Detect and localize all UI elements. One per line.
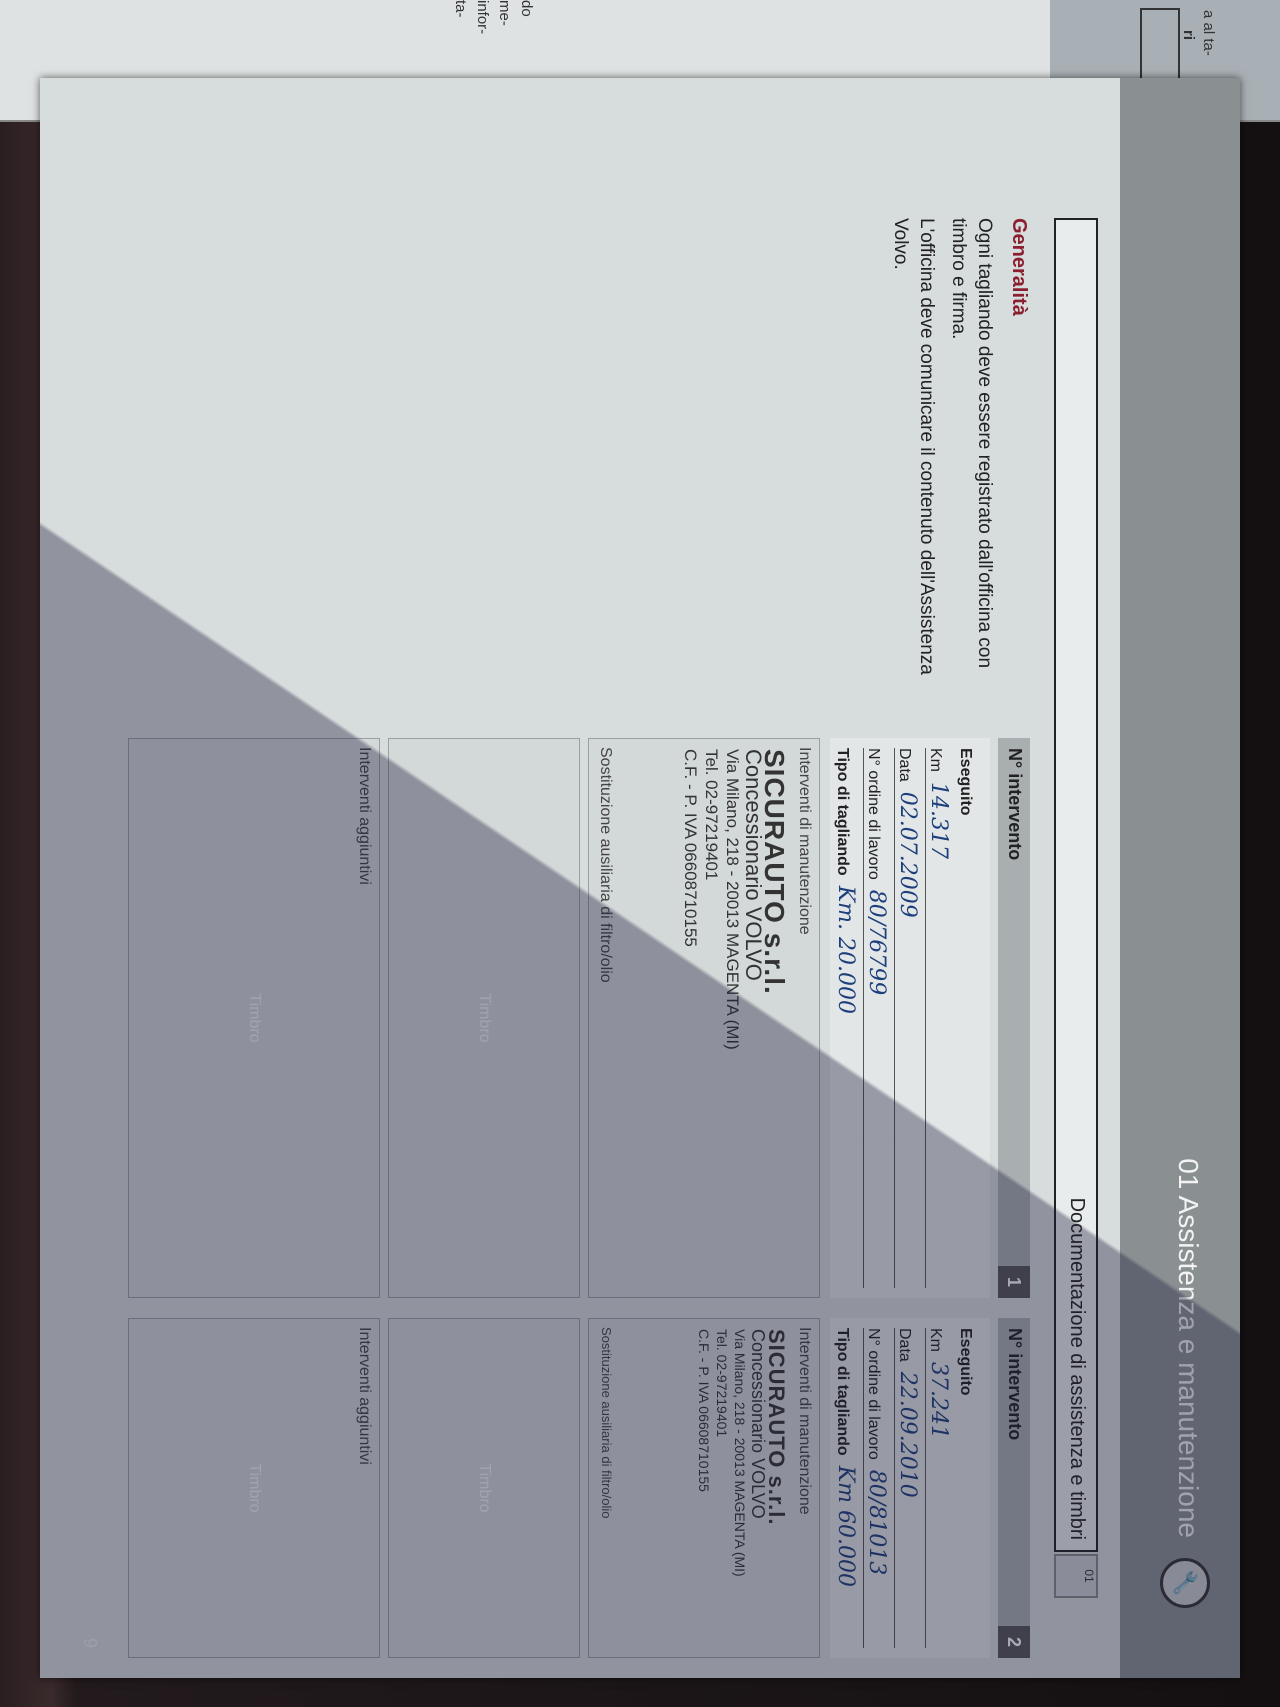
aux-label: Sostituzione ausiliaria di filtro/olio	[596, 747, 614, 983]
page-content: 01 Assistenza e manutenzione 🔧 Documenta…	[40, 78, 1240, 1678]
intervention-number: 2	[998, 1626, 1030, 1658]
type-row[interactable]: Tipo di tagliandoKm 60.000	[833, 1328, 861, 1648]
dealer-address: Via Milano, 218 - 20013 MAGENTA (MI)	[731, 1329, 749, 1577]
order-label: N° ordine di lavoro	[864, 748, 882, 880]
prev-fragment: infor-	[474, 0, 491, 34]
intervention-fields: Eseguito Km14.317 Data02.07.2009 N° ordi…	[830, 738, 990, 1298]
stamp-box: Timbro	[388, 738, 580, 1298]
order-row[interactable]: N° ordine di lavoro80/76799	[863, 748, 892, 1288]
chapter-header: 01 Assistenza e manutenzione 🔧	[1120, 78, 1240, 1678]
section-header: Documentazione di assistenza e timbri	[1054, 218, 1098, 1552]
dealer-stamp: SICURAUTO s.r.l. Concessionario VOLVO Vi…	[695, 1329, 785, 1577]
type-value: Km 60.000	[833, 1466, 858, 1587]
dealer-phone: Tel. 02-97219401	[713, 1329, 731, 1577]
stamp-label: Timbro	[475, 993, 493, 1042]
km-value: 14.317	[926, 782, 951, 859]
km-row[interactable]: Km14.317	[925, 748, 954, 1288]
type-row[interactable]: Tipo di tagliandoKm. 20.000	[833, 748, 861, 1288]
chapter-title: 01 Assistenza e manutenzione	[1172, 1158, 1204, 1538]
extra-stamp-label: Timbro	[245, 993, 263, 1042]
extra-label: Interventi aggiuntivi	[355, 747, 373, 885]
done-label: Eseguito	[956, 748, 974, 816]
page-number: 9	[79, 1638, 100, 1648]
dealer-phone: Tel. 02-97219401	[701, 749, 722, 1050]
aux-label: Sostituzione ausiliaria di filtro/olio	[599, 1327, 614, 1518]
dealer-line2: Concessionario VOLVO	[749, 1329, 767, 1577]
extra-label: Interventi aggiuntivi	[355, 1327, 373, 1465]
maintenance-label: Interventi di manutenzione	[795, 1327, 813, 1515]
date-label: Data	[895, 1328, 913, 1362]
maintenance-label: Interventi di manutenzione	[795, 747, 813, 935]
maintenance-box: Interventi di manutenzione SICURAUTO s.r…	[588, 1318, 820, 1658]
extra-box: Interventi aggiuntivi Timbro	[128, 1318, 380, 1658]
done-row: Eseguito	[956, 1328, 984, 1648]
intro-paragraph: Ogni tagliando deve essere registrato da…	[945, 218, 997, 698]
intervention-card-1: N° intervento 1 Eseguito Km14.317 Data02…	[130, 738, 1030, 1298]
prev-fragment: do	[518, 0, 535, 17]
intervention-header: N° intervento 1	[998, 738, 1030, 1298]
prev-fragment: ta-	[452, 0, 469, 18]
date-value: 02.07.2009	[895, 792, 920, 918]
intervention-header: N° intervento 2	[998, 1318, 1030, 1658]
order-value: 80/81013	[864, 1470, 889, 1575]
section-title: Documentazione di assistenza e timbri	[1065, 1198, 1088, 1540]
booklet-page: 01 Assistenza e manutenzione 🔧 Documenta…	[40, 78, 1240, 1678]
stamp-label: Timbro	[475, 1463, 493, 1512]
wrench-service-icon: 🔧	[1160, 1558, 1210, 1608]
intervention-label: N° intervento	[1004, 748, 1025, 860]
intervention-card-2: N° intervento 2 Eseguito Km37.241 Data22…	[130, 1318, 1030, 1658]
type-value: Km. 20.000	[833, 886, 858, 1014]
order-row[interactable]: N° ordine di lavoro80/81013	[863, 1328, 892, 1648]
dealer-line2: Concessionario VOLVO	[743, 749, 764, 1050]
km-label: Km	[926, 748, 944, 772]
order-label: N° ordine di lavoro	[864, 1328, 882, 1460]
extra-box: Interventi aggiuntivi Timbro	[128, 738, 380, 1298]
stamp-box: Timbro	[388, 1318, 580, 1658]
chapter-tab: 01	[1054, 1554, 1098, 1598]
prev-fragment: ri	[1180, 30, 1197, 40]
km-value: 37.241	[926, 1362, 951, 1439]
extra-stamp-label: Timbro	[245, 1463, 263, 1512]
prev-fragment: me-	[496, 0, 513, 26]
order-value: 80/76799	[864, 890, 889, 995]
prev-fragment: a al ta-	[1200, 10, 1217, 56]
type-label: Tipo di tagliando	[833, 748, 851, 876]
done-row: Eseguito	[956, 748, 984, 1288]
dealer-address: Via Milano, 218 - 20013 MAGENTA (MI)	[722, 749, 743, 1050]
date-row[interactable]: Data02.07.2009	[894, 748, 923, 1288]
intro-paragraph: L'officina deve comunicare il contenuto …	[887, 218, 939, 698]
dealer-name: SICURAUTO s.r.l.	[767, 1329, 785, 1577]
km-label: Km	[926, 1328, 944, 1352]
date-value: 22.09.2010	[895, 1372, 920, 1498]
dealer-stamp: SICURAUTO s.r.l. Concessionario VOLVO Vi…	[680, 749, 785, 1050]
dealer-name: SICURAUTO s.r.l.	[764, 749, 785, 1050]
prev-page-frame	[1140, 8, 1180, 84]
dealer-tax: C.F. - P. IVA 06608710155	[695, 1329, 713, 1577]
km-row[interactable]: Km37.241	[925, 1328, 954, 1648]
done-label: Eseguito	[956, 1328, 974, 1396]
intervention-fields: Eseguito Km37.241 Data22.09.2010 N° ordi…	[830, 1318, 990, 1658]
intro-heading: Generalità	[1007, 218, 1030, 698]
intro-section: Generalità Ogni tagliando deve essere re…	[881, 218, 1030, 698]
maintenance-box: Interventi di manutenzione SICURAUTO s.r…	[588, 738, 820, 1298]
type-label: Tipo di tagliando	[833, 1328, 851, 1456]
dealer-tax: C.F. - P. IVA 06608710155	[680, 749, 701, 1050]
date-label: Data	[895, 748, 913, 782]
intervention-number: 1	[998, 1266, 1030, 1298]
intervention-label: N° intervento	[1004, 1328, 1025, 1440]
date-row[interactable]: Data22.09.2010	[894, 1328, 923, 1648]
